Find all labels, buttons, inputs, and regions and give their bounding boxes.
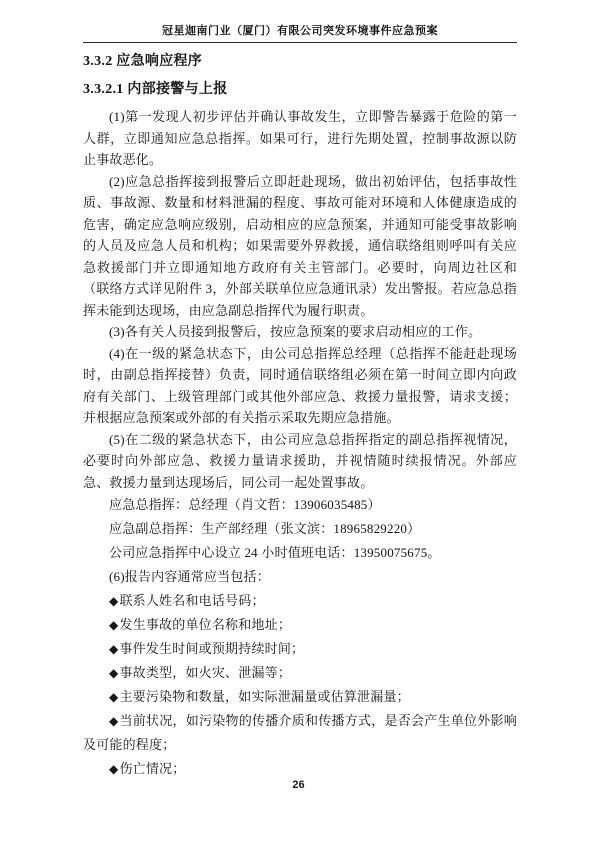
paragraph-4: (4)在一级的紧急状态下，由公司总指挥总经理（总指挥不能赶赴现场时，由副总指挥接… [83,343,517,429]
paragraph-3: (3)各有关人员接到报警后，按应急预案的要求启动相应的工作。 [83,321,517,343]
diamond-bullet-icon: ◆ [109,642,118,656]
document-content: 冠星迦南门业（厦门）有限公司突发环境事件应急预案 3.3.2 应急响应程序 3.… [0,0,597,781]
bullet-text: 事件发生时间或预期持续时间； [119,641,304,656]
bullet-text: 伤亡情况； [119,761,185,776]
contact-line-chief: 应急总指挥：总经理（肖文哲：13906035485） [83,493,517,517]
page-number: 26 [0,779,597,791]
diamond-bullet-icon: ◆ [109,618,118,632]
bullet-item-unit-name-address: ◆发生事故的单位名称和地址； [83,613,517,637]
paragraph-2: (2)应急总指挥接到报警后立即赶赴现场，做出初始评估，包括事故性质、事故源、数量… [83,171,517,322]
bullet-text: 联系人姓名和电话号码； [119,593,264,608]
bullet-item-casualties: ◆伤亡情况； [83,757,517,781]
diamond-bullet-icon: ◆ [109,714,118,728]
bullet-item-contact-name: ◆联系人姓名和电话号码； [83,589,517,613]
subsection-heading: 3.3.2.1 内部接警与上报 [83,81,517,99]
section-heading: 3.3.2 应急响应程序 [83,53,517,71]
bullet-item-incident-time: ◆事件发生时间或预期持续时间； [83,637,517,661]
diamond-bullet-icon: ◆ [109,690,118,704]
paragraph-1: (1)第一发现人初步评估并确认事故发生，立即警告暴露于危险的第一人群，立即通知应… [83,106,517,171]
bullet-item-current-status: ◆当前状况，如污染物的传播介质和传播方式，是否会产生单位外影响及可能的程度； [83,709,517,757]
bullet-item-incident-type: ◆事故类型，如火灾、泄漏等； [83,661,517,685]
paragraph-5: (5)在二级的紧急状态下，由公司应急总指挥指定的副总指挥视情况，必要时向外部应急… [83,429,517,494]
contact-line-duty-phone: 公司应急指挥中心设立 24 小时值班电话：13950075675。 [83,541,517,565]
bullet-text: 当前状况，如污染物的传播介质和传播方式，是否会产生单位外影响及可能的程度； [83,713,517,752]
document-page: 冠星迦南门业（厦门）有限公司突发环境事件应急预案 3.3.2 应急响应程序 3.… [0,0,597,843]
header-divider [83,42,517,43]
diamond-bullet-icon: ◆ [109,594,118,608]
bullet-text: 主要污染物和数量，如实际泄漏量或估算泄漏量； [119,689,409,704]
bullet-item-pollutants-quantity: ◆主要污染物和数量，如实际泄漏量或估算泄漏量； [83,685,517,709]
contact-line-deputy: 应急副总指挥：生产部经理（张文滨：18965829220） [83,517,517,541]
diamond-bullet-icon: ◆ [109,762,118,776]
bullet-text: 事故类型，如火灾、泄漏等； [119,665,291,680]
report-content-intro: (6)报告内容通常应当包括： [83,565,517,589]
bullet-text: 发生事故的单位名称和地址； [119,617,291,632]
diamond-bullet-icon: ◆ [109,666,118,680]
document-header-title: 冠星迦南门业（厦门）有限公司突发环境事件应急预案 [83,24,517,38]
